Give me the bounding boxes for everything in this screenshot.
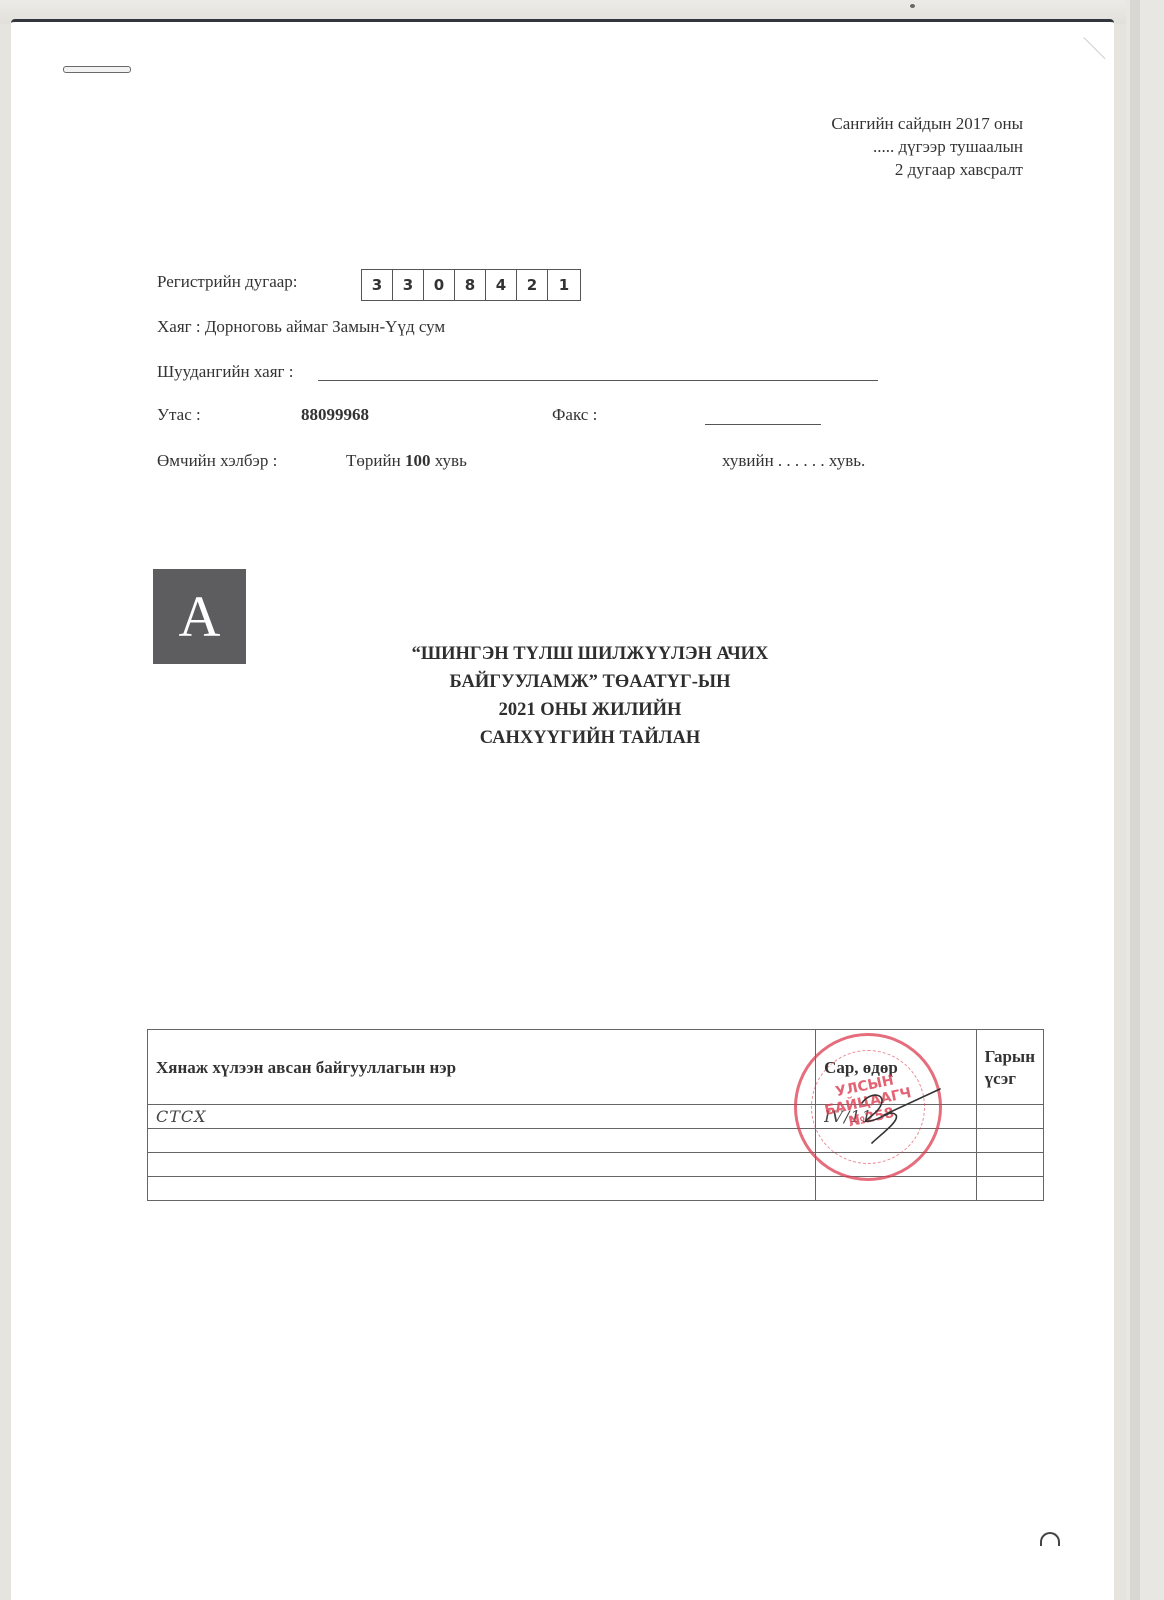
fax-label: Факс : (552, 405, 597, 425)
registration-digit: 1 (548, 270, 580, 300)
date-cell (816, 1129, 977, 1153)
appendix-note-line-1: Сангийн сайдын 2017 оны (831, 112, 1023, 135)
postal-address-label: Шуудангийн хаяг : (157, 362, 293, 382)
table-row (148, 1129, 1044, 1153)
phone-label: Утас : (157, 405, 201, 425)
table-row: СТСХ IV/11 (148, 1105, 1044, 1129)
signature-cell (976, 1153, 1043, 1177)
ownership-private: хувийн . . . . . . хувь. (722, 451, 865, 471)
page-corner-mark (1040, 1532, 1060, 1546)
review-table-header: Хянаж хүлээн авсан байгууллагын нэр Сар,… (148, 1030, 1044, 1105)
postal-address-blank (318, 380, 878, 381)
ownership-state-suffix: хувь (435, 451, 467, 470)
header-signature: Гарын үсэг (976, 1030, 1043, 1105)
appendix-note-line-3: 2 дугаар хавсралт (831, 158, 1023, 181)
registration-digit: 0 (424, 270, 455, 300)
document-page (11, 19, 1114, 1600)
date-cell: IV/11 (816, 1105, 977, 1129)
address-field: Хаяг : Дорноговь аймаг Замын-Үүд сум (157, 317, 445, 337)
signature-cell (976, 1177, 1043, 1201)
report-title-line-3: 2021 ОНЫ ЖИЛИЙН (300, 696, 880, 724)
organization-cell (148, 1177, 816, 1201)
signature-cell (976, 1105, 1043, 1129)
signature-cell (976, 1129, 1043, 1153)
appendix-note-line-2: ..... дүгээр тушаалын (831, 135, 1023, 158)
organization-cell (148, 1153, 816, 1177)
scanner-edge-right (1126, 0, 1164, 1600)
registration-digit: 3 (393, 270, 424, 300)
organization-cell: СТСХ (148, 1105, 816, 1129)
report-title-line-2: БАЙГУУЛАМЖ” ТӨААТҮГ-ЫН (300, 668, 880, 696)
table-row (148, 1153, 1044, 1177)
header-date: Сар, өдөр (816, 1030, 977, 1105)
review-table: Хянаж хүлээн авсан байгууллагын нэр Сар,… (147, 1029, 1044, 1201)
section-letter-badge: A (153, 569, 246, 664)
staple-mark (63, 66, 131, 73)
report-title-line-4: САНХҮҮГИЙН ТАЙЛАН (300, 724, 880, 752)
date-cell (816, 1177, 977, 1201)
report-title-line-1: “ШИНГЭН ТҮЛШ ШИЛЖҮҮЛЭН АЧИХ (300, 640, 880, 668)
table-row (148, 1177, 1044, 1201)
ownership-state-prefix: Төрийн (346, 451, 401, 470)
date-cell (816, 1153, 977, 1177)
registration-number-boxes: 3 3 0 8 4 2 1 (361, 269, 581, 301)
registration-digit: 3 (362, 270, 393, 300)
registration-digit: 2 (517, 270, 548, 300)
scan-dust (910, 4, 915, 8)
registration-digit: 8 (455, 270, 486, 300)
ownership-label: Өмчийн хэлбэр : (157, 451, 277, 471)
phone-value: 88099968 (301, 405, 369, 425)
ownership-state-percent: 100 (405, 451, 431, 470)
fax-blank (705, 424, 821, 425)
ownership-state: Төрийн 100 хувь (346, 451, 467, 471)
registration-label: Регистрийн дугаар: (157, 272, 298, 292)
appendix-note: Сангийн сайдын 2017 оны ..... дүгээр туш… (831, 112, 1023, 181)
organization-cell (148, 1129, 816, 1153)
registration-digit: 4 (486, 270, 517, 300)
report-title: “ШИНГЭН ТҮЛШ ШИЛЖҮҮЛЭН АЧИХ БАЙГУУЛАМЖ” … (300, 640, 880, 752)
header-organization: Хянаж хүлээн авсан байгууллагын нэр (148, 1030, 816, 1105)
